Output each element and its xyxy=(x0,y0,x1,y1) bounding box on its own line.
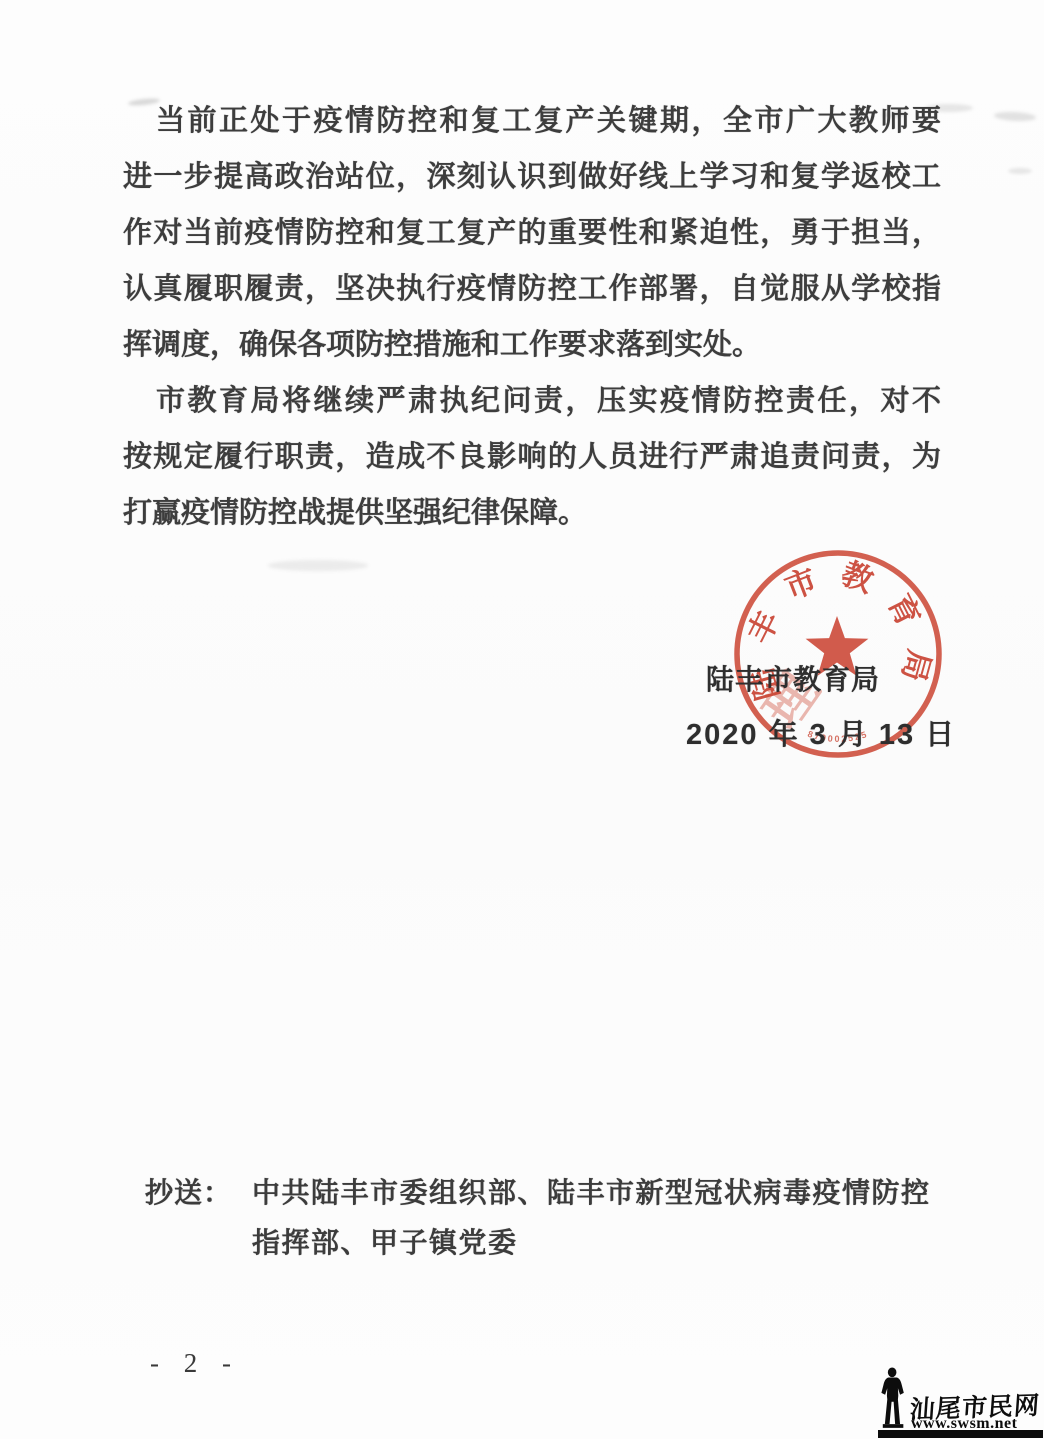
text-line: 认真履职履责，坚决执行疫情防控工作部署，自觉服从学校指 xyxy=(123,261,941,317)
page-number: - 2 - xyxy=(150,1348,240,1379)
text-line: 进一步提高政治站位，深刻认识到做好线上学习和复学返校工 xyxy=(123,149,941,205)
cc-block: 抄送： 中共陆丰市委组织部、陆丰市新型冠状病毒疫情防控 指挥部、甲子镇党委 xyxy=(145,1168,931,1268)
person-silhouette-icon xyxy=(880,1366,908,1430)
scan-smudge xyxy=(994,111,1036,122)
site-watermark: 汕尾市民网 www.swsm.net xyxy=(876,1360,1043,1438)
scan-smudge xyxy=(268,560,368,571)
cc-label: 抄送： xyxy=(145,1168,232,1268)
paragraph-1: 当前正处于疫情防控和复工复产关键期，全市广大教师要 进一步提高政治站位，深刻认识… xyxy=(123,93,941,373)
text-line: 当前正处于疫情防控和复工复产关键期，全市广大教师要 xyxy=(123,93,941,149)
scanned-document-page: 当前正处于疫情防控和复工复产关键期，全市广大教师要 进一步提高政治站位，深刻认识… xyxy=(0,0,1044,1439)
text-line: 按规定履行职责，造成不良影响的人员进行严肃追责问责，为 xyxy=(123,429,941,485)
signature-organization: 陆丰市教育局 xyxy=(706,658,880,698)
signature-date: 2020 年 3 月 13 日 xyxy=(686,712,956,753)
text-line: 挥调度，确保各项防控措施和工作要求落到实处。 xyxy=(123,317,941,373)
document-body: 当前正处于疫情防控和复工复产关键期，全市广大教师要 进一步提高政治站位，深刻认识… xyxy=(123,93,941,541)
text-line: 打赢疫情防控战提供坚强纪律保障。 xyxy=(123,485,941,541)
cc-recipients-line: 指挥部、甲子镇党委 xyxy=(252,1218,931,1268)
cc-recipients-line: 中共陆丰市委组织部、陆丰市新型冠状病毒疫情防控 xyxy=(252,1168,931,1218)
watermark-bar xyxy=(878,1430,1043,1438)
paragraph-2: 市教育局将继续严肃执纪问责，压实疫情防控责任，对不 按规定履行职责，造成不良影响… xyxy=(123,373,941,541)
text-line: 作对当前疫情防控和复工复产的重要性和紧迫性，勇于担当， xyxy=(123,205,941,261)
scan-smudge xyxy=(1008,168,1032,174)
cc-recipients: 中共陆丰市委组织部、陆丰市新型冠状病毒疫情防控 指挥部、甲子镇党委 xyxy=(252,1168,931,1268)
text-line: 市教育局将继续严肃执纪问责，压实疫情防控责任，对不 xyxy=(123,373,941,429)
